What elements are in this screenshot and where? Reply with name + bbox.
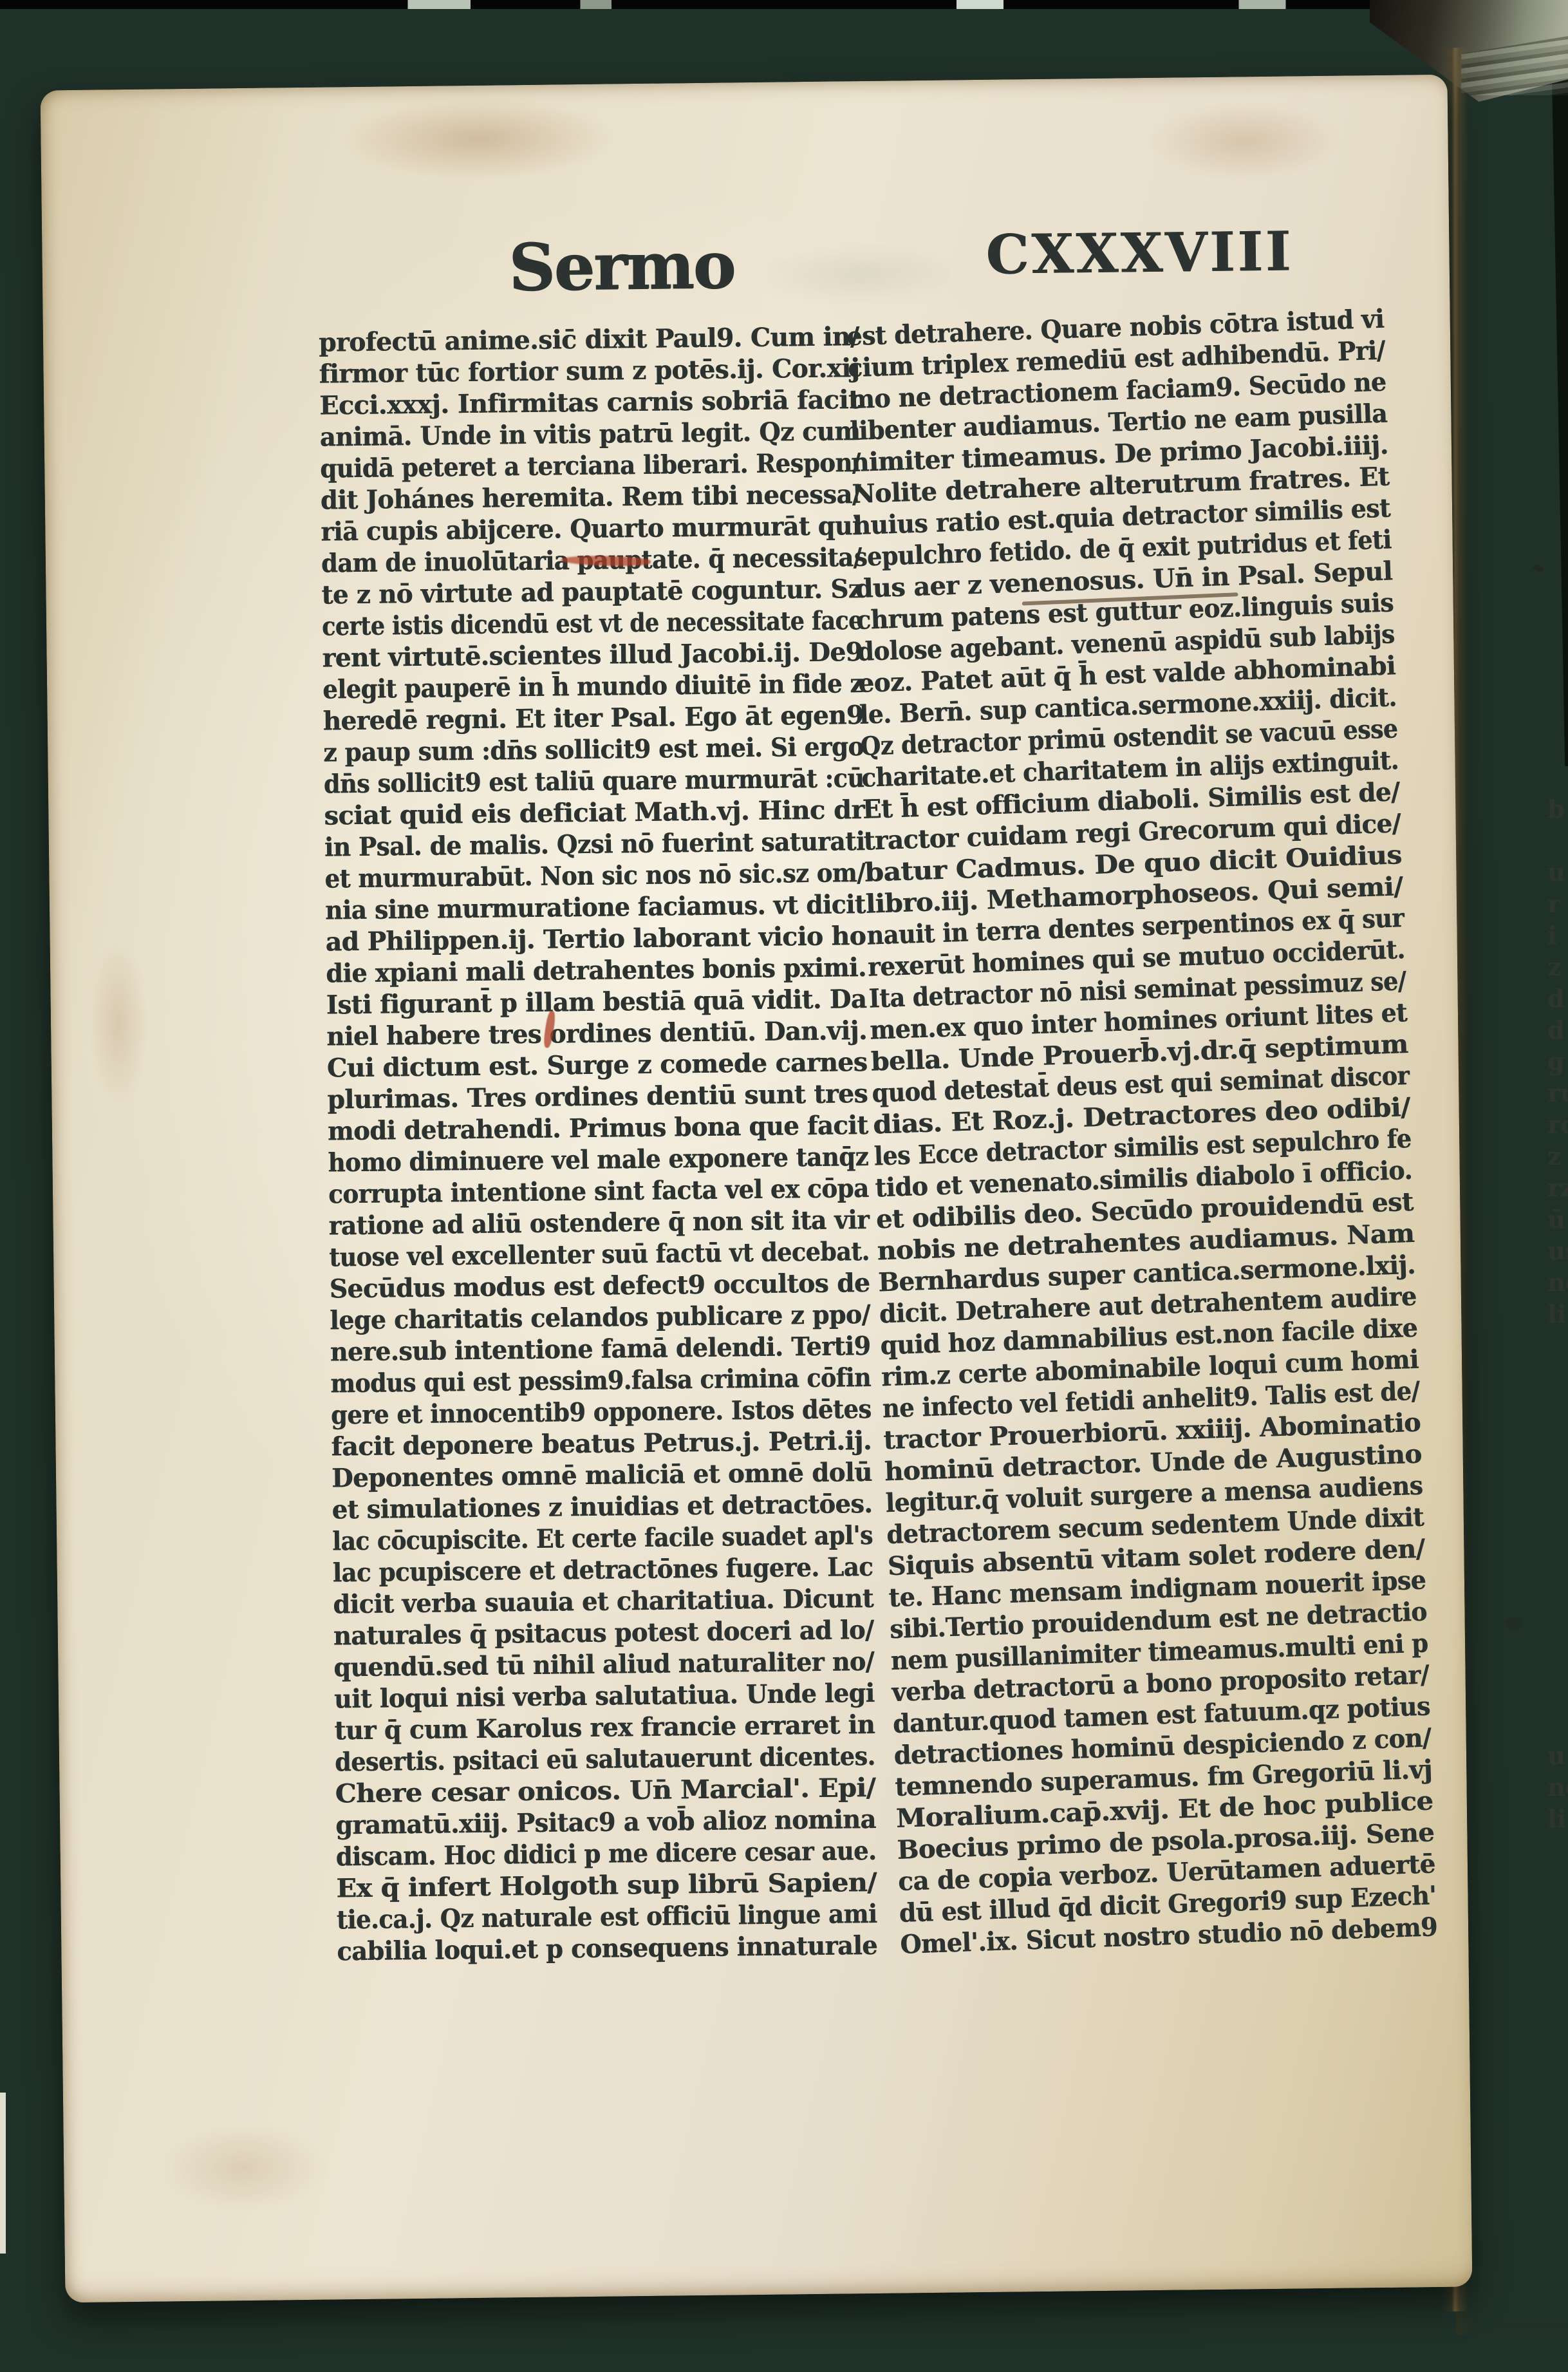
running-head-sermo: Sermo: [486, 227, 757, 306]
text-line: [1547, 1897, 1568, 1929]
text-line: d: [1547, 1014, 1568, 1046]
text-line: i: [1547, 919, 1568, 951]
foxing-stain: [1148, 102, 1341, 181]
text-line: [1547, 1330, 1568, 1361]
text-line: rz: [1547, 1172, 1568, 1203]
text-line: li: [1547, 1803, 1568, 1834]
text-line: r: [1547, 888, 1568, 919]
text-line: [1547, 1677, 1568, 1708]
text-line: rc: [1547, 1109, 1568, 1140]
text-line: b: [1547, 793, 1568, 825]
text-line: ū: [1547, 1203, 1568, 1235]
text-line: [1547, 1424, 1568, 1456]
text-line: no: [1547, 1266, 1568, 1298]
ink-smudge: [1505, 1617, 1522, 1629]
text-column-right: est detrahere. Quare nobis cōtra istud v…: [846, 303, 1439, 1961]
text-line: [1547, 1550, 1568, 1582]
text-line: g: [1547, 1046, 1568, 1077]
text-line: us: [1547, 1235, 1568, 1266]
text-line: [1547, 825, 1568, 856]
text-line: [1547, 1519, 1568, 1550]
text-line: cabilia loqui.et p consequens innaturale: [337, 1930, 878, 1968]
text-line: [1547, 1614, 1568, 1645]
text-line: d: [1547, 983, 1568, 1014]
text-line: [1547, 1582, 1568, 1614]
text-line: nc: [1547, 1771, 1568, 1803]
text-line: [1547, 1645, 1568, 1677]
facing-page-line-fragments: burizddgrurczrzūusnoliuncli: [1547, 793, 1568, 1929]
text-line: li: [1547, 1298, 1568, 1330]
folio-number: CXXXVIII: [985, 219, 1347, 287]
text-line: z: [1547, 951, 1568, 983]
foxing-stain: [343, 95, 614, 182]
photographed-book-spread: Sermo CXXXVIII profectū anime.sic̄ dixit…: [0, 0, 1568, 2372]
text-line: z: [1547, 1140, 1568, 1172]
text-line: u: [1547, 1740, 1568, 1771]
scan-edge-strip: [0, 0, 1568, 9]
text-line: [1547, 1834, 1568, 1866]
text-line: [1547, 1708, 1568, 1740]
foxing-stain: [160, 2122, 328, 2214]
show-through-ghost: [724, 220, 996, 320]
text-line: [1547, 1866, 1568, 1897]
text-line: u: [1547, 856, 1568, 888]
text-line: [1547, 1487, 1568, 1519]
text-line: [1547, 1393, 1568, 1424]
text-line: ru: [1547, 1077, 1568, 1109]
text-line: [1547, 1456, 1568, 1487]
text-line: [1547, 1361, 1568, 1393]
book-page: Sermo CXXXVIII profectū anime.sic̄ dixit…: [41, 75, 1473, 2303]
foxing-stain: [89, 939, 149, 1107]
scan-edge-sliver: [0, 2093, 6, 2254]
text-column-left: profectū anime.sic̄ dixit Paul9. Cum in/…: [319, 321, 878, 1967]
